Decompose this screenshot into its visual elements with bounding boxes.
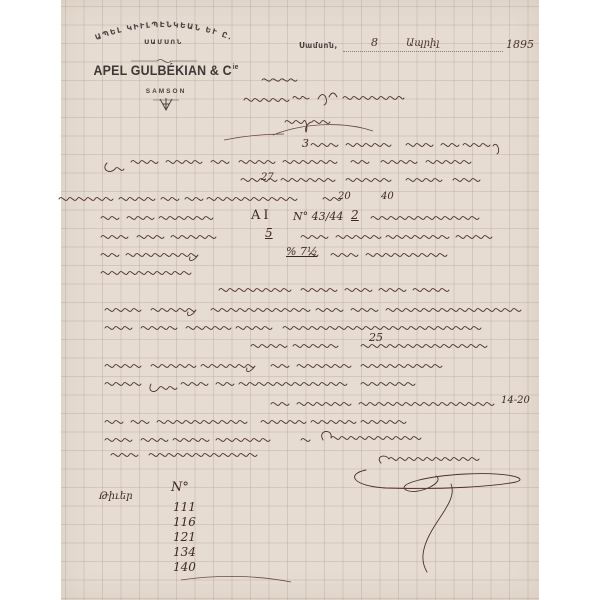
addressee-block <box>224 79 404 140</box>
bale-list-no-label: N° <box>171 480 189 495</box>
body-fragment: 3 <box>302 137 309 150</box>
body-fragment: 27 <box>261 172 274 183</box>
body-fragment-lot: N° 43/44 <box>293 210 343 223</box>
bale-number: 121 <box>173 530 196 545</box>
body-fragment: 2 <box>351 208 359 222</box>
body-fragment: 40 <box>381 191 394 202</box>
body-fragment-percent: % 7½ <box>286 245 318 258</box>
letter-paper: ԱՊԵԼ ԿԻՒԼՊԷՆԿԵԱՆ ԵՒ Ը. ՍԱՄՍՈՆ APEL GULBÉ… <box>61 0 539 600</box>
signature-flourish <box>355 456 520 572</box>
handwriting-layer <box>61 0 539 600</box>
bale-number: 134 <box>173 545 196 560</box>
body-fragment-grade: AI <box>251 208 272 223</box>
letter-body-script <box>59 144 521 457</box>
bale-number: 111 <box>173 500 196 515</box>
body-fragment: 25 <box>369 331 383 344</box>
body-fragment: 14-20 <box>501 395 530 406</box>
bale-number: 116 <box>173 515 196 530</box>
bale-list-label: Թիւեր <box>99 484 133 503</box>
bale-number-list: 111 116 121 134 140 <box>173 500 196 575</box>
bale-number: 140 <box>173 560 196 575</box>
body-fragment: 20 <box>338 191 351 202</box>
body-fragment: 5 <box>265 226 273 240</box>
